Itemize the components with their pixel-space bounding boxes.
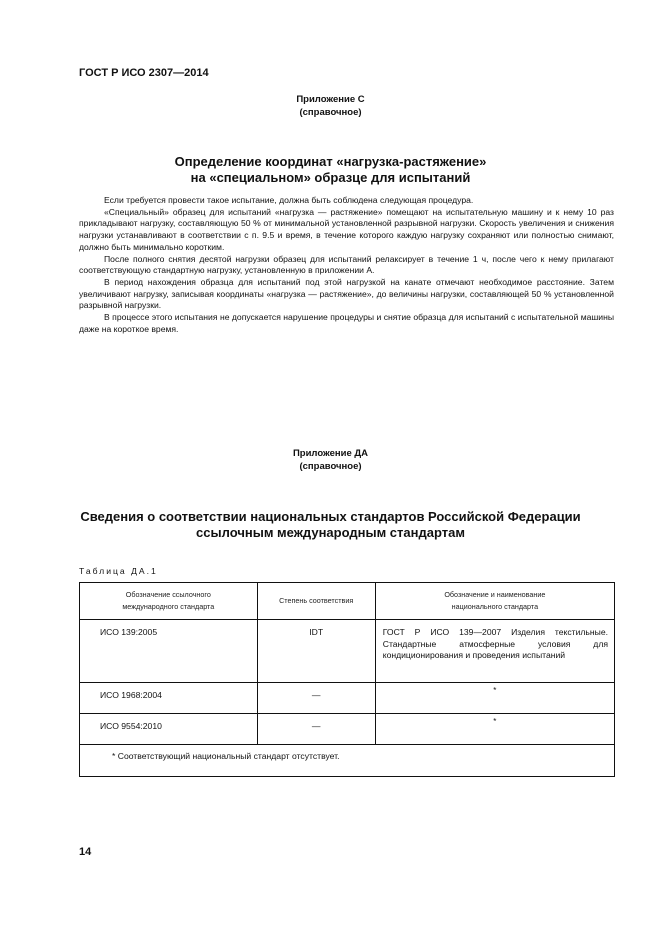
annex-c-title-line2: на «специальном» образце для испытаний xyxy=(0,170,661,186)
table-row: ИСО 9554:2010 — * xyxy=(80,714,615,745)
annex-c-label: Приложение С xyxy=(0,93,661,106)
document-code: ГОСТ Р ИСО 2307—2014 xyxy=(79,67,209,79)
annex-c-type: (справочное) xyxy=(0,106,661,119)
table-row: ИСО 139:2005 IDT ГОСТ Р ИСО 139—2007 Изд… xyxy=(80,620,615,683)
paragraph: «Специальный» образец для испытаний «наг… xyxy=(79,207,614,254)
annex-da-heading: Приложение ДА (справочное) xyxy=(0,447,661,473)
annex-c-heading: Приложение С (справочное) xyxy=(0,93,661,119)
correspondence-table: Обозначение ссылочного международного ст… xyxy=(79,582,615,777)
cell-code: ИСО 1968:2004 xyxy=(80,683,258,714)
table-caption: Таблица ДА.1 xyxy=(79,566,158,576)
cell-national: * xyxy=(375,683,614,714)
cell-degree: IDT xyxy=(257,620,375,683)
cell-national: * xyxy=(375,714,614,745)
annex-da-title: Сведения о соответствии национальных ста… xyxy=(0,509,661,541)
annex-da-title-line1: Сведения о соответствии национальных ста… xyxy=(0,509,661,525)
annex-da-title-line2: ссылочным международным стандартам xyxy=(0,525,661,541)
table-header-row: Обозначение ссылочного международного ст… xyxy=(80,583,615,620)
cell-code: ИСО 9554:2010 xyxy=(80,714,258,745)
paragraph: В период нахождения образца для испытани… xyxy=(79,277,614,312)
annex-c-body: Если требуется провести такое испытание,… xyxy=(79,195,614,335)
annex-c-title-line1: Определение координат «нагрузка-растяжен… xyxy=(0,154,661,170)
cell-code: ИСО 139:2005 xyxy=(80,620,258,683)
paragraph: После полного снятия десятой нагрузки об… xyxy=(79,254,614,277)
annex-c-title: Определение координат «нагрузка-растяжен… xyxy=(0,154,661,186)
annex-da-type: (справочное) xyxy=(0,460,661,473)
header-international-standard: Обозначение ссылочного международного ст… xyxy=(80,583,258,620)
table-footnote: * Соответствующий национальный стандарт … xyxy=(80,745,615,777)
cell-degree: — xyxy=(257,714,375,745)
page-number: 14 xyxy=(79,846,91,858)
header-degree: Степень соответствия xyxy=(257,583,375,620)
cell-degree: — xyxy=(257,683,375,714)
header-national-standard: Обозначение и наименование национального… xyxy=(375,583,614,620)
table-footnote-row: * Соответствующий национальный стандарт … xyxy=(80,745,615,777)
paragraph: Если требуется провести такое испытание,… xyxy=(79,195,614,207)
table-row: ИСО 1968:2004 — * xyxy=(80,683,615,714)
cell-national: ГОСТ Р ИСО 139—2007 Изделия текстильные.… xyxy=(375,620,614,683)
annex-da-label: Приложение ДА xyxy=(0,447,661,460)
paragraph: В процессе этого испытания не допускаетс… xyxy=(79,312,614,335)
